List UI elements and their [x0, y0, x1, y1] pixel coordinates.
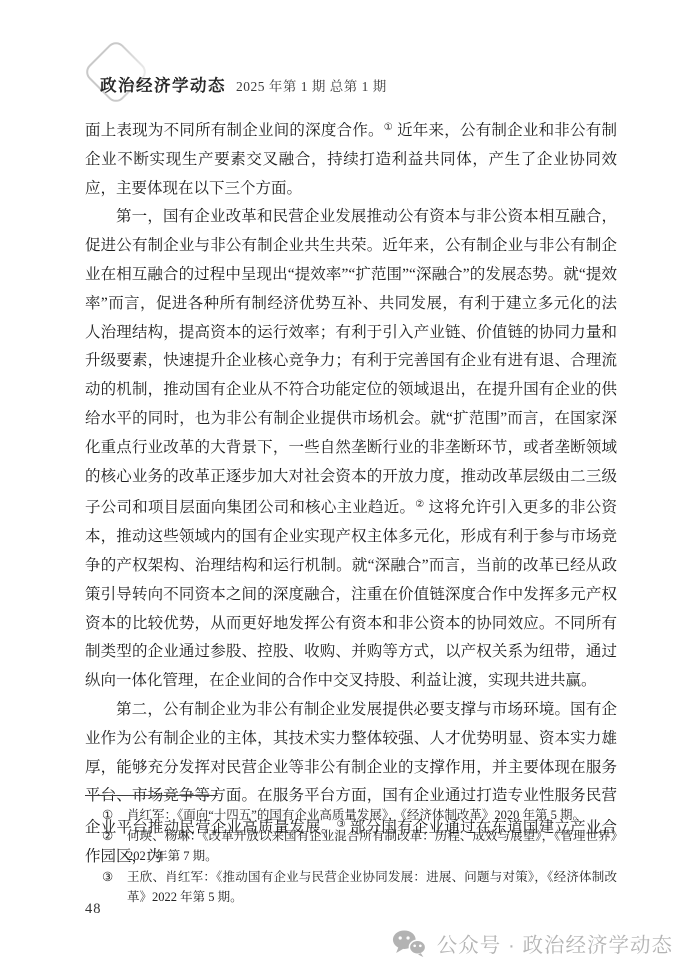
issue-info: 2025 年第 1 期 总第 1 期 — [236, 75, 387, 95]
footnote-text: 何瑛、杨琳：《改革开放以来国有企业混合所有制改革：历程、成效与展望》，《管理世界… — [127, 826, 617, 867]
text-run: 这将允许引入更多的非公资本，推动这些领域内的国有企业实现产权主体多元化，形成有利… — [85, 499, 617, 689]
footnote-list: ①肖红军：《面向“十四五”的国有企业高质量发展》，《经济体制改革》2020 年第… — [85, 805, 617, 908]
footnote-block: ①肖红军：《面向“十四五”的国有企业高质量发展》，《经济体制改革》2020 年第… — [85, 795, 617, 908]
footnote-text: 王欣、肖红军：《推动国有企业与民营企业协同发展：进展、问题与对策》，《经济体制改… — [127, 867, 617, 908]
page-number: 48 — [85, 901, 102, 918]
paragraph: 面上表现为不同所有制企业间的深度合作。① 近年来，公有制企业和非公有制企业不断实… — [85, 114, 617, 203]
article-body: 面上表现为不同所有制企业间的深度合作。① 近年来，公有制企业和非公有制企业不断实… — [85, 114, 617, 872]
wechat-icon — [392, 929, 426, 958]
footnote-text: 肖红军：《面向“十四五”的国有企业高质量发展》，《经济体制改革》2020 年第 … — [127, 805, 617, 826]
journal-header-text: 政治经济学动态 2025 年第 1 期 总第 1 期 — [100, 72, 387, 96]
footnote-marker: ① — [102, 805, 127, 826]
document-page: 政治经济学动态 2025 年第 1 期 总第 1 期 面上表现为不同所有制企业间… — [0, 0, 688, 968]
footnote-marker: ② — [102, 826, 127, 867]
footnote-ref: ① — [384, 122, 393, 133]
journal-header: 政治经济学动态 2025 年第 1 期 总第 1 期 — [0, 0, 688, 120]
journal-title: 政治经济学动态 — [100, 72, 226, 96]
footnote-separator — [85, 795, 218, 796]
footnote-item: ①肖红军：《面向“十四五”的国有企业高质量发展》，《经济体制改革》2020 年第… — [85, 805, 617, 826]
text-run: 第一，国有企业改革和民营企业发展推动公有资本与非公资本相互融合，促进公有制企业与… — [85, 208, 617, 516]
paragraph: 第一，国有企业改革和民营企业发展推动公有资本与非公资本相互融合，促进公有制企业与… — [85, 203, 617, 696]
text-run: 面上表现为不同所有制企业间的深度合作。 — [85, 122, 384, 139]
footnote-item: ③王欣、肖红军：《推动国有企业与民营企业协同发展：进展、问题与对策》，《经济体制… — [85, 867, 617, 908]
footnote-item: ②何瑛、杨琳：《改革开放以来国有企业混合所有制改革：历程、成效与展望》，《管理世… — [85, 826, 617, 867]
wechat-footer-label: 公众号 · 政治经济学动态 — [437, 928, 673, 958]
wechat-footer: 公众号 · 政治经济学动态 — [392, 928, 673, 958]
footnote-marker: ③ — [102, 867, 127, 908]
